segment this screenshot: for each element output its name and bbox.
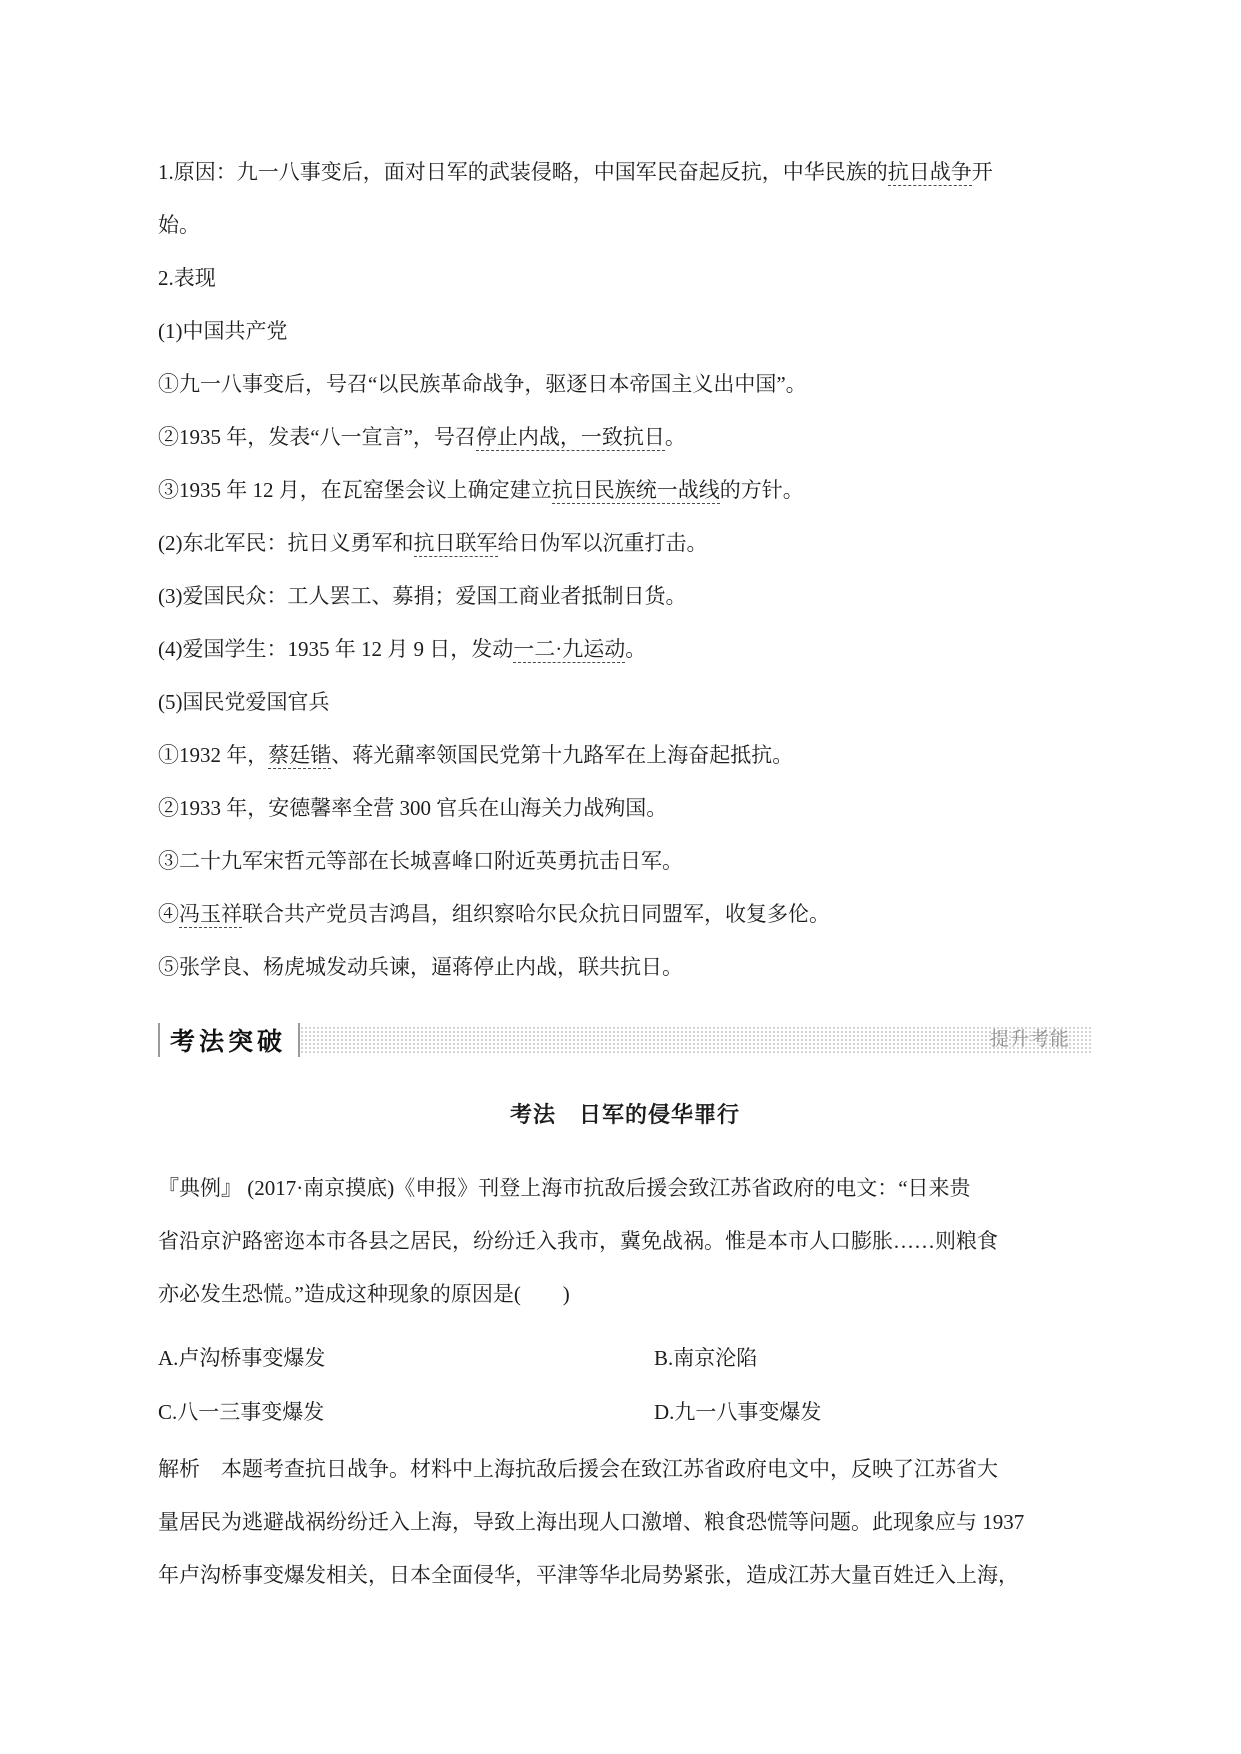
banner-title: 考法突破 xyxy=(160,1022,298,1058)
option-row: A.卢沟桥事变爆发B.南京沦陷 xyxy=(158,1331,1092,1385)
banner-dotted-band: 提升考能 xyxy=(300,1026,1092,1054)
options-grid: A.卢沟桥事变爆发B.南京沦陷C.八一三事变爆发D.九一八事变爆发 xyxy=(158,1331,1092,1439)
note-line: (3)爱国民众：工人罢工、募捐；爱国工商业者抵制日货。 xyxy=(158,570,1092,623)
text-run: (4)爱国学生：1935 年 12 月 9 日，发动 xyxy=(158,637,513,661)
text-run: ③二十九军宋哲元等部在长城喜峰口附近英勇抗击日军。 xyxy=(158,849,683,873)
analysis-line: 年卢沟桥事变爆发相关，日本全面侵华，平津等华北局势紧张，造成江苏大量百姓迁入上海… xyxy=(158,1549,1092,1602)
example-line: 亦必发生恐慌。”造成这种现象的原因是( ) xyxy=(158,1268,1092,1321)
answer-option: A.卢沟桥事变爆发 xyxy=(158,1331,654,1385)
note-line: 1.原因：九一八事变后，面对日军的武装侵略，中国军民奋起反抗，中华民族的抗日战争… xyxy=(158,146,1092,199)
text-run: 开 xyxy=(972,160,993,184)
note-line: (2)东北军民：抗日义勇军和抗日联军给日伪军以沉重打击。 xyxy=(158,517,1092,570)
note-line: ⑤张学良、杨虎城发动兵谏，逼蒋停止内战，联共抗日。 xyxy=(158,941,1092,994)
text-run: (3)爱国民众：工人罢工、募捐；爱国工商业者抵制日货。 xyxy=(158,584,686,608)
note-line: ③二十九军宋哲元等部在长城喜峰口附近英勇抗击日军。 xyxy=(158,835,1092,888)
document-page: 1.原因：九一八事变后，面对日军的武装侵略，中国军民奋起反抗，中华民族的抗日战争… xyxy=(158,146,1092,1602)
note-line: 2.表现 xyxy=(158,252,1092,305)
text-run: ③1935 年 12 月，在瓦窑堡会议上确定建立 xyxy=(158,478,552,502)
text-run: 的方针。 xyxy=(720,478,804,502)
text-run: 给日伪军以沉重打击。 xyxy=(498,531,708,555)
section-banner: 考法突破 提升考能 xyxy=(158,1022,1092,1058)
text-run: 2.表现 xyxy=(158,266,216,290)
text-run: 、蒋光鼐率领国民党第十九路军在上海奋起抵抗。 xyxy=(331,743,793,767)
underlined-term: 抗日联军 xyxy=(414,531,498,557)
note-line: ②1935 年，发表“八一宣言”，号召停止内战，一致抗日。 xyxy=(158,411,1092,464)
text-run: 联合共产党员吉鸿昌，组织察哈尔民众抗日同盟军，收复多伦。 xyxy=(242,902,830,926)
text-run: (5)国民党爱国官兵 xyxy=(158,690,330,714)
text-run: ②1935 年，发表“八一宣言”，号召 xyxy=(158,425,476,449)
analysis-paragraph: 解析 本题考查抗日战争。材料中上海抗敌后援会在致江苏省政府电文中，反映了江苏省大… xyxy=(158,1443,1092,1602)
answer-option: B.南京沦陷 xyxy=(654,1331,757,1385)
text-run: (2)东北军民：抗日义勇军和 xyxy=(158,531,414,555)
example-line: 省沿京沪路密迩本市各县之居民，纷纷迁入我市，冀免战祸。惟是本市人口膨胀……则粮食 xyxy=(158,1215,1092,1268)
underlined-term: 停止内战，一致抗日 xyxy=(476,425,665,451)
text-run: 1.原因：九一八事变后，面对日军的武装侵略，中国军民奋起反抗，中华民族的 xyxy=(158,160,888,184)
note-line: 始。 xyxy=(158,199,1092,252)
note-line: (1)中国共产党 xyxy=(158,305,1092,358)
underlined-term: 抗日战争 xyxy=(888,160,972,186)
text-run: 。 xyxy=(665,425,686,449)
note-line: ②1933 年，安德馨率全营 300 官兵在山海关力战殉国。 xyxy=(158,782,1092,835)
text-run: ④ xyxy=(158,902,179,926)
example-paragraph: 『典例』 (2017·南京摸底)《申报》刊登上海市抗敌后援会致江苏省政府的电文：… xyxy=(158,1162,1092,1321)
text-run: 。 xyxy=(625,637,646,661)
note-line: ③1935 年 12 月，在瓦窑堡会议上确定建立抗日民族统一战线的方针。 xyxy=(158,464,1092,517)
note-line: (5)国民党爱国官兵 xyxy=(158,676,1092,729)
analysis-line: 量居民为逃避战祸纷纷迁入上海，导致上海出现人口激增、粮食恐慌等问题。此现象应与 … xyxy=(158,1496,1092,1549)
underlined-term: 冯玉祥 xyxy=(179,902,242,928)
text-run: ②1933 年，安德馨率全营 300 官兵在山海关力战殉国。 xyxy=(158,796,667,820)
analysis-line: 解析 本题考查抗日战争。材料中上海抗敌后援会在致江苏省政府电文中，反映了江苏省大 xyxy=(158,1443,1092,1496)
method-heading: 考法 日军的侵华罪行 xyxy=(158,1100,1092,1130)
text-run: (1)中国共产党 xyxy=(158,319,288,343)
note-line: ①九一八事变后，号召“以民族革命战争，驱逐日本帝国主义出中国”。 xyxy=(158,358,1092,411)
text-run: ①九一八事变后，号召“以民族革命战争，驱逐日本帝国主义出中国”。 xyxy=(158,372,807,396)
answer-option: D.九一八事变爆发 xyxy=(654,1385,821,1439)
text-run: ①1932 年， xyxy=(158,743,268,767)
underlined-term: 一二·九运动 xyxy=(513,637,625,663)
note-line: (4)爱国学生：1935 年 12 月 9 日，发动一二·九运动。 xyxy=(158,623,1092,676)
note-line: ①1932 年，蔡廷锴、蒋光鼐率领国民党第十九路军在上海奋起抵抗。 xyxy=(158,729,1092,782)
note-line: ④冯玉祥联合共产党员吉鸿昌，组织察哈尔民众抗日同盟军，收复多伦。 xyxy=(158,888,1092,941)
text-run: ⑤张学良、杨虎城发动兵谏，逼蒋停止内战，联共抗日。 xyxy=(158,955,683,979)
underlined-term: 抗日民族统一战线 xyxy=(552,478,720,504)
text-run: 始。 xyxy=(158,213,200,237)
underlined-term: 蔡廷锴 xyxy=(268,743,331,769)
banner-badge: 提升考能 xyxy=(990,1026,1092,1054)
option-row: C.八一三事变爆发D.九一八事变爆发 xyxy=(158,1385,1092,1439)
example-line: 『典例』 (2017·南京摸底)《申报》刊登上海市抗敌后援会致江苏省政府的电文：… xyxy=(158,1162,1092,1215)
study-notes: 1.原因：九一八事变后，面对日军的武装侵略，中国军民奋起反抗，中华民族的抗日战争… xyxy=(158,146,1092,994)
answer-option: C.八一三事变爆发 xyxy=(158,1385,654,1439)
